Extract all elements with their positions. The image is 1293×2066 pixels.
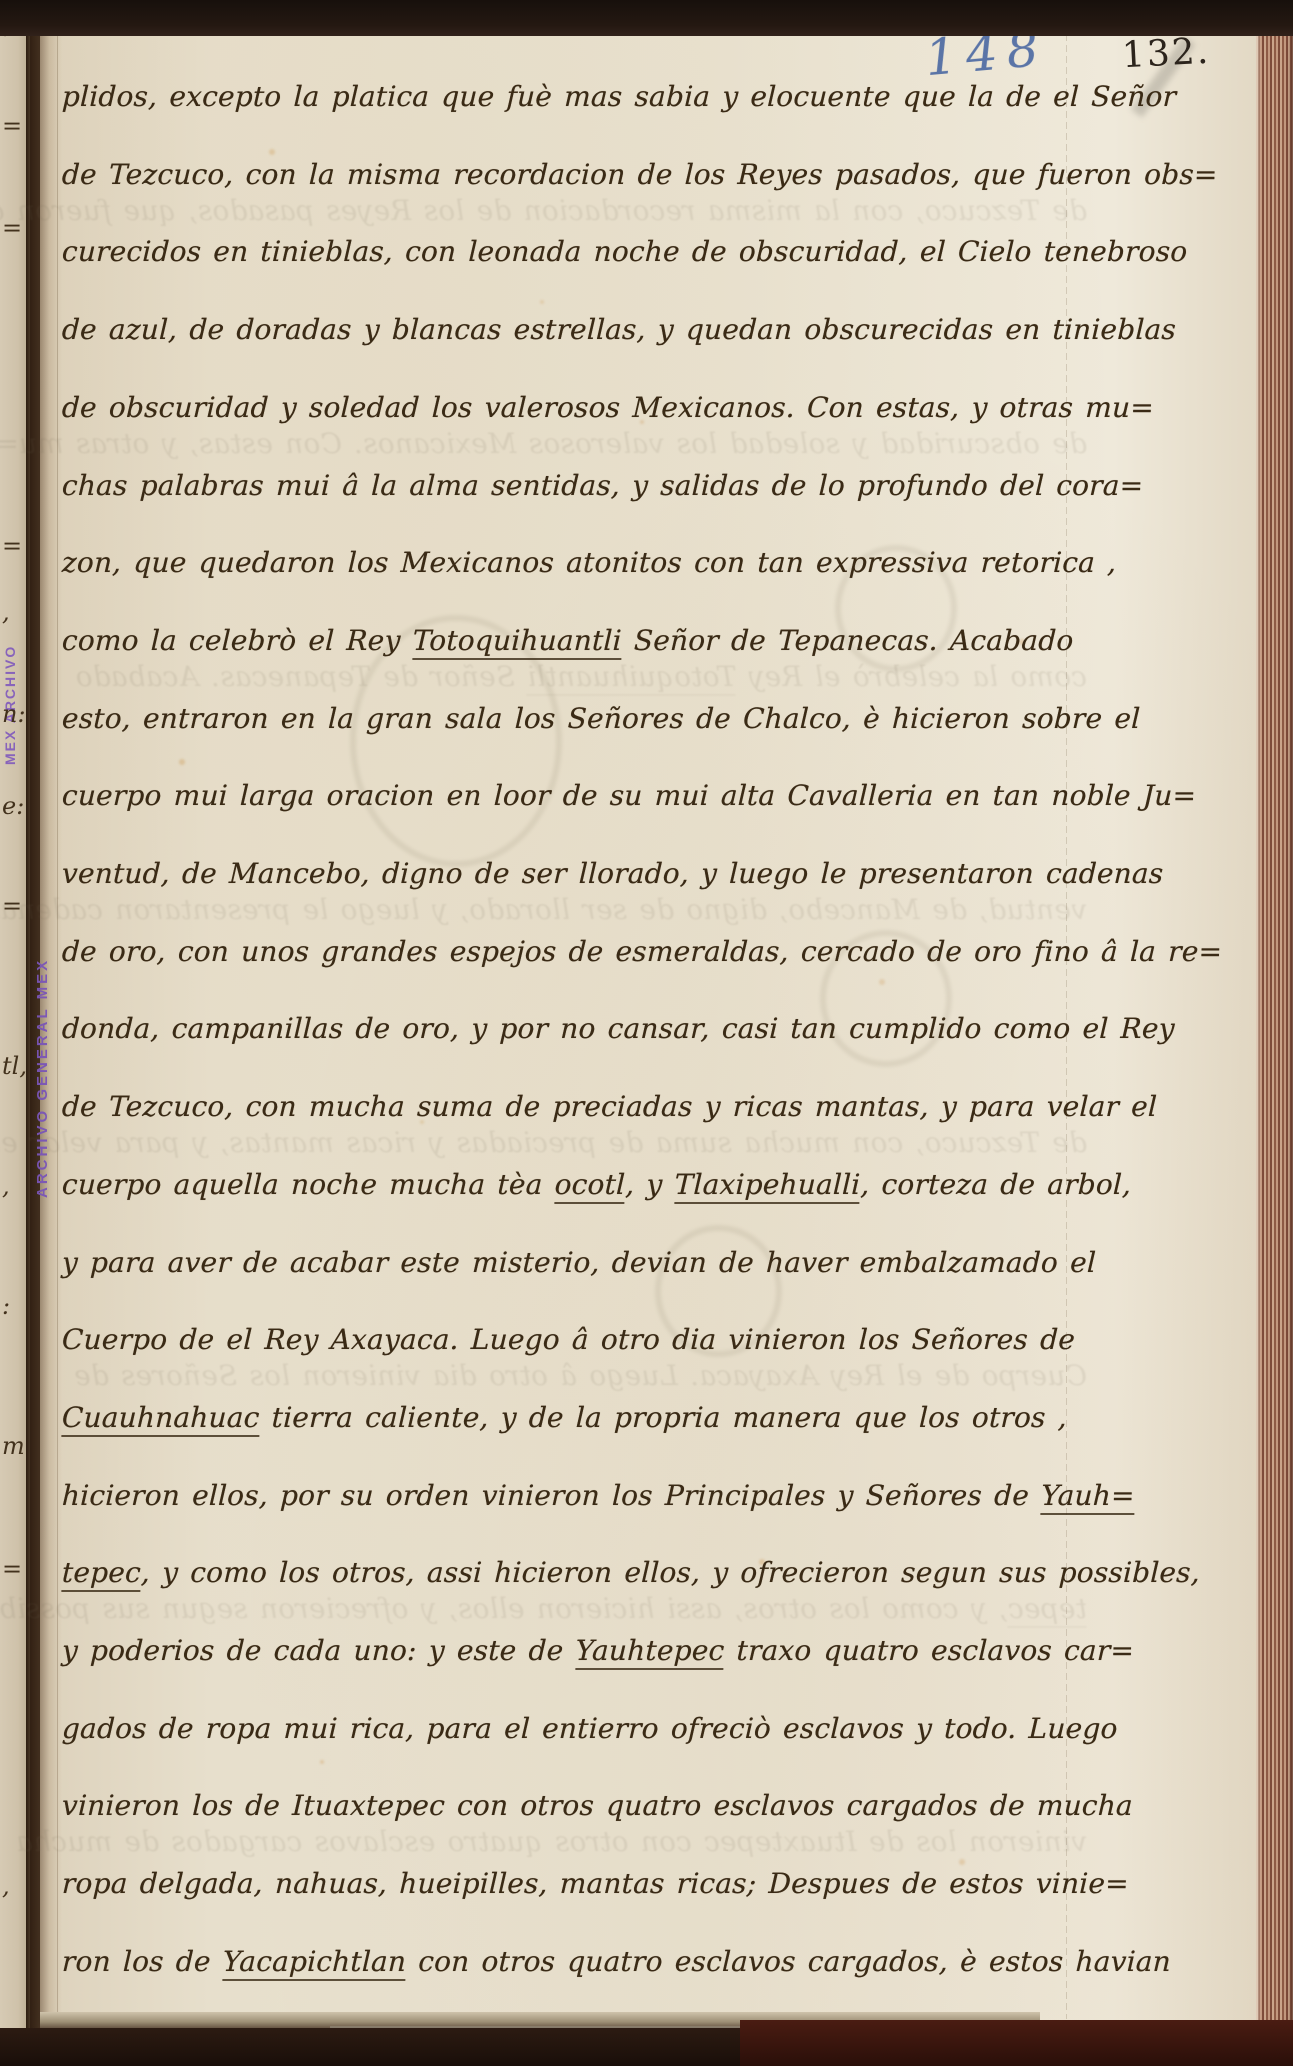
manuscript-text: plidos, excepto la platica que fuè mas s… (0, 0, 1293, 2066)
manuscript-line: y para aver de acabar este misterio, dev… (61, 1241, 1088, 1285)
binding-top (0, 0, 1293, 36)
manuscript-line: de Tezcuco, con mucha suma de preciadas … (61, 1085, 1088, 1129)
manuscript-line: de oro, con unos grandes espejos de esme… (61, 930, 1088, 974)
manuscript-line: ventud, de Mancebo, digno de ser llorado… (61, 852, 1088, 896)
manuscript-line: cuerpo aquella noche mucha tèa ocotl, y … (61, 1163, 1088, 1207)
manuscript-line: esto, entraron en la gran sala los Señor… (61, 697, 1088, 741)
manuscript-line: de obscuridad y soledad los valerosos Me… (61, 386, 1088, 430)
manuscript-line: tepec, y como los otros, assi hicieron e… (61, 1551, 1088, 1595)
binding-bottom-leather (740, 2020, 1293, 2066)
manuscript-line: curecidos en tinieblas, con leonada noch… (61, 230, 1088, 274)
manuscript-line: como la celebrò el Rey Totoquihuantli Se… (61, 619, 1088, 663)
manuscript-page-scan: de Tezcuco, con la misma recordacion de … (0, 0, 1293, 2066)
manuscript-line: de Tezcuco, con la misma recordacion de … (61, 153, 1088, 197)
manuscript-line: plidos, excepto la platica que fuè mas s… (61, 75, 1088, 119)
manuscript-line: Cuerpo de el Rey Axayaca. Luego â otro d… (61, 1318, 1088, 1362)
manuscript-line: ropa delgada, nahuas, hueipilles, mantas… (61, 1862, 1088, 1906)
manuscript-line: de azul, de doradas y blancas estrellas,… (61, 308, 1088, 352)
manuscript-line: hicieron ellos, por su orden vinieron lo… (61, 1474, 1088, 1518)
manuscript-line: ron los de Yacapichtlan con otros quatro… (61, 1940, 1088, 1984)
manuscript-line: donda, campanillas de oro, y por no cans… (61, 1007, 1088, 1051)
manuscript-line: Cuauhnahuac tierra caliente, y de la pro… (61, 1396, 1088, 1440)
manuscript-line: y poderios de cada uno: y este de Yauhte… (61, 1629, 1088, 1673)
manuscript-line: chas palabras mui â la alma sentidas, y … (61, 464, 1088, 508)
manuscript-line: zon, que quedaron los Mexicanos atonitos… (61, 541, 1088, 585)
manuscript-line: gados de ropa mui rica, para el entierro… (61, 1707, 1088, 1751)
manuscript-line: vinieron los de Ituaxtepec con otros qua… (61, 1784, 1088, 1828)
manuscript-line: cuerpo mui larga oracion en loor de su m… (61, 774, 1088, 818)
